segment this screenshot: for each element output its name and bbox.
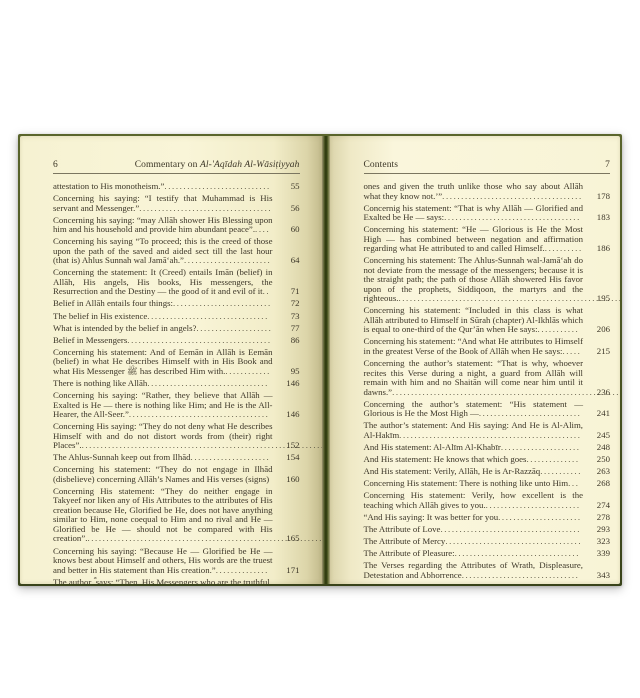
toc-entry-text: Concerning his saying: “Rather, they bel… [53,391,300,420]
toc-entry-text: And His statement: Al-Alīm Al-Khabīr....… [364,443,611,453]
toc-entry-text: There is nothing like Allāh.............… [53,379,300,389]
toc-entry-text: And His statement: He knows that which g… [364,455,611,465]
toc-entry-page: 268 [585,479,610,489]
toc-entry-page: 186 [585,244,610,254]
toc-entry-text: The Ahlus-Sunnah keep out from Ilhād....… [53,453,300,463]
photo-background: 6 Commentary on Al-'Aqīdah Al-Wāsiṭiyyah… [0,0,640,698]
toc-entry: The Ahlus-Sunnah keep out from Ilhād....… [53,453,300,463]
toc-entry: Belief in Allāh entails four things:....… [53,299,300,309]
right-page: Contents 7 ones and given the truth unli… [330,136,621,584]
toc-entry-text: Concerning the author’s statement: “His … [364,400,611,419]
toc-entry-text: ones and given the truth unlike those wh… [364,182,611,201]
toc-entry-text: Concerning his saying “To proceed; this … [53,237,300,266]
toc-entry-text: Concerning his statement: “He — Glorious… [364,225,611,254]
toc-entry-page: 154 [275,453,300,463]
toc-entry: An issue................................… [364,583,611,584]
toc-entry-text: Concerning His saying: “They do not deny… [53,422,300,451]
toc-entry-text: The author’s statement: And His saying: … [364,421,611,440]
toc-entry-page: 215 [585,347,610,357]
toc-entry: Concerning the statement: It (Creed) ent… [53,268,300,297]
toc-entry-text: The Attribute of Love...................… [364,525,611,535]
toc-entry-page: 77 [275,324,300,334]
toc-entry-page: 73 [275,312,300,322]
toc-entry: And His statement: Al-Alīm Al-Khabīr....… [364,443,611,453]
toc-entry-text: Concerning the statement: It (Creed) ent… [53,268,300,297]
toc-entry-text: attestation to His monotheism.”.........… [53,182,300,192]
right-page-number: 7 [605,160,610,170]
left-page: 6 Commentary on Al-'Aqīdah Al-Wāsiṭiyyah… [20,136,322,584]
toc-entry-text: And His statement: Verily, Allāh, He is … [364,467,611,477]
toc-entry-text: An issue................................… [364,583,611,584]
toc-entry: Belief in Messengers....................… [53,336,300,346]
toc-entry: Concerning the author’s statement: “That… [364,359,611,397]
toc-entry-text: Concerning the author’s statement: “That… [364,359,611,397]
toc-entry-page: 72 [275,299,300,309]
toc-entry-text: Belief in Allāh entails four things:....… [53,299,300,309]
toc-entry-text: Concerning His statement: There is nothi… [364,479,611,489]
toc-entry-text: Concerning his saying: “I testify that M… [53,194,300,213]
toc-entry-page: 56 [275,204,300,214]
toc-entry: Concerning his statement: And of Eemān i… [53,348,300,377]
toc-entry-text: Concerning his statement: “They do not e… [53,465,300,484]
toc-entry: Concerning his saying: “Because He — Glo… [53,547,300,576]
left-page-number: 6 [53,160,58,170]
toc-entry-page: 71 [275,287,300,297]
toc-entry: Concerning the author’s statement: “His … [364,400,611,419]
toc-entry: ones and given the truth unlike those wh… [364,182,611,201]
toc-entry: The Attribute of Pleasure:..............… [364,549,611,559]
open-book: 6 Commentary on Al-'Aqīdah Al-Wāsiṭiyyah… [18,134,622,586]
toc-entry-text: Concerning his statement: “Included in t… [364,306,611,335]
toc-entry-page: 171 [275,566,300,576]
toc-entry-page: 339 [585,549,610,559]
toc-entries-right: ones and given the truth unlike those wh… [364,182,611,584]
toc-entry: The belief in His existence.............… [53,312,300,322]
toc-entry-text: Concerning his statement: The Ahlus-Sunn… [364,256,611,304]
toc-entry-page: 278 [585,513,610,523]
toc-entry-page: 263 [585,467,610,477]
toc-entry: The Attribute of Love...................… [364,525,611,535]
toc-entry: The Attribute of Mercy..................… [364,537,611,547]
toc-entry: There is nothing like Allāh.............… [53,379,300,389]
toc-entry: Concerning his statement: The Ahlus-Sunn… [364,256,611,304]
toc-entry-page: 274 [585,501,610,511]
toc-entry-text: The Verses regarding the Attributes of W… [364,561,611,580]
toc-entry: Concerning His statement: Verily, how ex… [364,491,611,510]
toc-entry-page: 293 [585,525,610,535]
toc-entry: Concerning his statement: “They do not e… [53,465,300,484]
left-header-title: Commentary on Al-'Aqīdah Al-Wāsiṭiyyah [135,160,300,170]
toc-entry-text: The belief in His existence.............… [53,312,300,322]
toc-entry: “And His saying: It was better for you..… [364,513,611,523]
toc-entry: attestation to His monotheism.”.........… [53,182,300,192]
right-running-header: Contents 7 [364,160,611,174]
toc-entry-text: What is intended by the belief in angels… [53,324,300,334]
toc-entry-text: Concerning his statement: “And what He a… [364,337,611,356]
toc-entry: The author ؓ says: “Then, His Messengers… [53,578,300,584]
toc-entry: Concerning his saying: “may Allāh shower… [53,216,300,235]
toc-entry: Concerning his statement: “He — Glorious… [364,225,611,254]
toc-entry-text: “And His saying: It was better for you..… [364,513,611,523]
toc-entry-page: 245 [585,431,610,441]
toc-entry-page: 206 [585,325,610,335]
toc-entry: Concerning his saying “To proceed; this … [53,237,300,266]
toc-entry-page: 236 [585,388,610,398]
header-book-title: Al-'Aqīdah Al-Wāsiṭiyyah [200,160,300,170]
contents-heading: Contents [364,160,399,170]
toc-entry: Concerning his saying: “Rather, they bel… [53,391,300,420]
toc-entry-page: 160 [275,475,300,485]
left-running-header: 6 Commentary on Al-'Aqīdah Al-Wāsiṭiyyah [53,160,300,174]
toc-entry-page: 343 [585,571,610,581]
toc-entry-page: 64 [275,256,300,266]
toc-entry: Concerning His saying: “They do not deny… [53,422,300,451]
toc-entry-page: 248 [585,443,610,453]
toc-entry: What is intended by the belief in angels… [53,324,300,334]
toc-entry-page: 348 [585,583,610,584]
toc-entry: The author’s statement: And His saying: … [364,421,611,440]
toc-entry: Concernig his statement: “That is why Al… [364,204,611,223]
header-title-prefix: Commentary on [135,160,200,170]
toc-entry-text: The author ؓ says: “Then, His Messengers… [53,578,300,584]
toc-entry-page: 250 [585,455,610,465]
toc-entry-page: 183 [585,213,610,223]
toc-entry-page: 178 [585,192,610,202]
toc-entry-text: Concerning His statement: “They do neith… [53,487,300,544]
toc-entry: Concerning His statement: “They do neith… [53,487,300,544]
toc-entry-page: 86 [275,336,300,346]
toc-entry-page: 95 [275,367,300,377]
toc-entry-page: 55 [275,182,300,192]
toc-entry: Concerning His statement: There is nothi… [364,479,611,489]
toc-entry: And His statement: Verily, Allāh, He is … [364,467,611,477]
toc-entries-left: attestation to His monotheism.”.........… [53,182,300,584]
toc-entry-page: 146 [275,379,300,389]
toc-entry-text: Concerning His statement: Verily, how ex… [364,491,611,510]
toc-entry: Concerning his saying: “I testify that M… [53,194,300,213]
toc-entry-text: Concerning his saying: “may Allāh shower… [53,216,300,235]
toc-entry-text: Concerning his saying: “Because He — Glo… [53,547,300,576]
toc-entry-page: 152 [275,441,300,451]
toc-entry-page: 146 [275,410,300,420]
toc-entry-text: Belief in Messengers....................… [53,336,300,346]
toc-entry-page: 60 [275,225,300,235]
book-spine [322,136,330,584]
toc-entry: And His statement: He knows that which g… [364,455,611,465]
toc-entry-page: 165 [275,534,300,544]
toc-entry: The Verses regarding the Attributes of W… [364,561,611,580]
toc-entry: Concerning his statement: “And what He a… [364,337,611,356]
toc-entry-page: 195 [585,294,610,304]
toc-entry-text: Concernig his statement: “That is why Al… [364,204,611,223]
toc-entry-page: 323 [585,537,610,547]
toc-entry-text: Concerning his statement: And of Eemān i… [53,348,300,377]
toc-entry-text: The Attribute of Mercy..................… [364,537,611,547]
toc-entry-page: 241 [585,409,610,419]
toc-entry: Concerning his statement: “Included in t… [364,306,611,335]
toc-entry-text: The Attribute of Pleasure:..............… [364,549,611,559]
